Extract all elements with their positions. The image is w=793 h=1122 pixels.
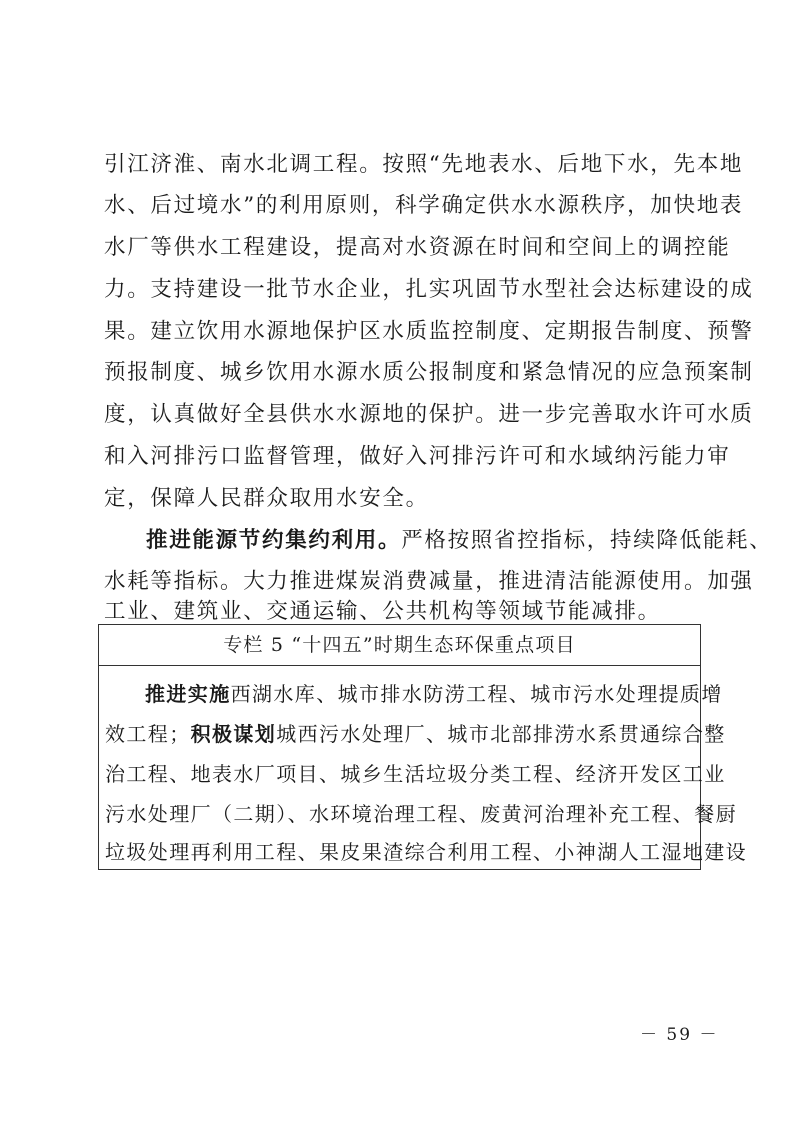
box-bold-phrase: 推进实施 [145,682,231,706]
project-box: 专栏 5 “十四五”时期生态环保重点项目 推进实施西湖水库、城市排水防涝工程、城… [98,624,701,870]
text-line: 定，保障人民群众取用水安全。 [104,485,704,513]
text-line: 引江济淮、南水北调工程。按照“先地表水、后地下水，先本地 [104,151,704,179]
page-number: － 59 － [640,1020,718,1045]
text-line: 水、后过境水”的利用原则，科学确定供水水源秩序，加快地表 [104,192,704,220]
text-span: 效工程； [105,722,191,746]
box-divider [99,665,700,666]
text-line: 预报制度、城乡饮用水源水质公报制度和紧急情况的应急预案制 [104,359,704,387]
box-text-line: 污水处理厂（二期）、水环境治理工程、废黄河治理补充工程、餐厨 [105,801,737,827]
text-line: 推进能源节约集约利用。严格按照省控指标，持续降低能耗、 [146,527,746,555]
text-span: 西湖水库、城市排水防涝工程、城市污水处理提质增 [231,682,723,706]
text-line: 度，认真做好全县供水水源地的保护。进一步完善取水许可水质 [104,401,704,429]
text-line: 水耗等指标。大力推进煤炭消费减量，推进清洁能源使用。加强 [104,568,704,596]
text-span: 城西污水处理厂、城市北部排涝水系贯通综合整 [276,722,725,746]
text-line: 力。支持建设一批节水企业，扎实巩固节水型社会达标建设的成 [104,276,704,304]
box-text-line: 垃圾处理再利用工程、果皮果渣综合利用工程、小神湖人工湿地建设 [105,839,747,865]
text-line: 工业、建筑业、交通运输、公共机构等领域节能减排。 [104,598,704,626]
paragraph-heading: 推进能源节约集约利用。 [146,528,401,553]
box-text-line: 效工程；积极谋划城西污水处理厂、城市北部排涝水系贯通综合整 [105,721,726,747]
text-line: 果。建立饮用水源地保护区水质监控制度、定期报告制度、预警 [104,318,704,346]
text-span: 严格按照省控指标，持续降低能耗、 [401,528,772,553]
text-line: 水厂等供水工程建设，提高对水资源在时间和空间上的调控能 [104,234,704,262]
box-text-line: 推进实施西湖水库、城市排水防涝工程、城市污水处理提质增 [145,681,723,707]
box-title: 专栏 5 “十四五”时期生态环保重点项目 [99,632,700,658]
text-line: 和入河排污口监督管理，做好入河排污许可和水域纳污能力审 [104,443,704,471]
box-bold-phrase: 积极谋划 [191,722,277,746]
box-text-line: 治工程、地表水厂项目、城乡生活垃圾分类工程、经济开发区工业 [105,761,726,787]
